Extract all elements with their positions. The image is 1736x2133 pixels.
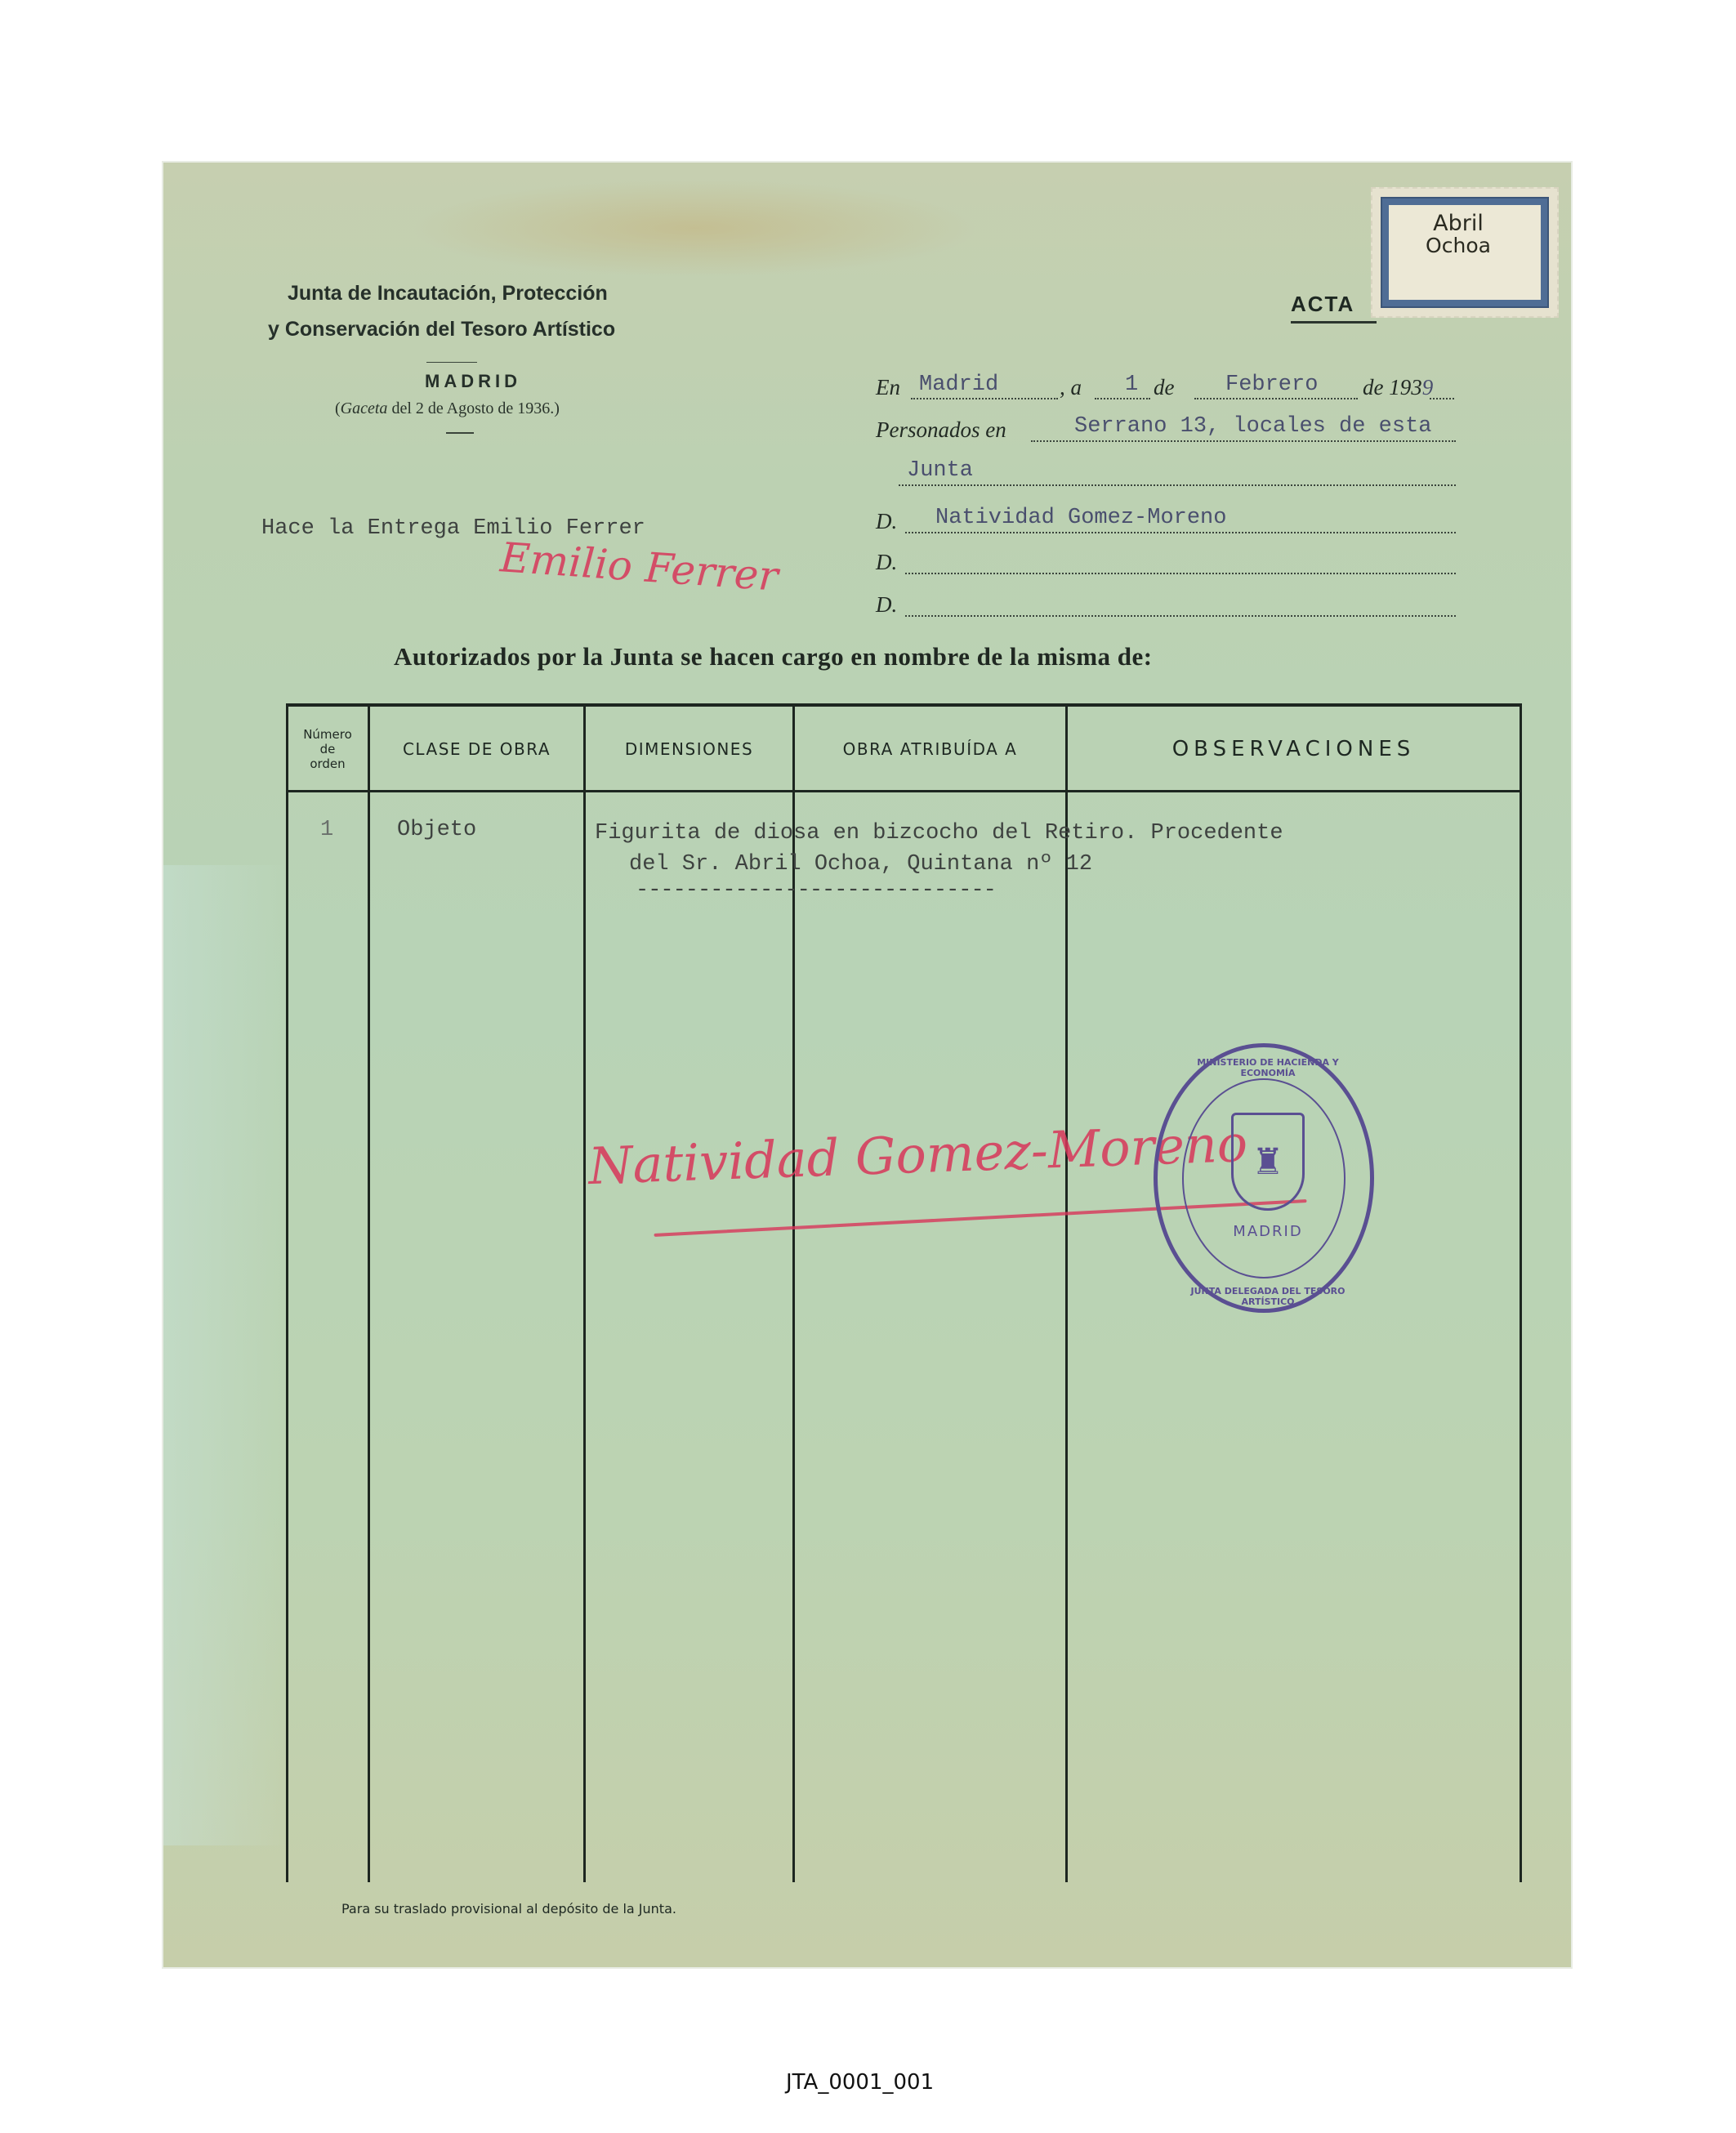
delivery-statement: Hace la Entrega Emilio Ferrer (261, 516, 645, 541)
gaceta-reference: (Gaceta del 2 de Agosto de 1936.) (335, 399, 560, 418)
seal-top-text: MINISTERIO DE HACIENDA Y ECONOMÍA (1174, 1057, 1362, 1078)
row-separator: ----------------------------- (636, 878, 996, 903)
column-divider-4 (1065, 703, 1068, 1882)
document-id-caption: JTA_0001_001 (786, 2070, 934, 2095)
row-description-line2: del Sr. Abril Ochoa, Quintana nº 12 (629, 852, 1092, 877)
month-field-line (1194, 398, 1358, 399)
deliverer-signature: Emilio Ferrer (498, 533, 779, 600)
footer-note: Para su traslado provisional al depósito… (341, 1901, 676, 1917)
table-left-border (286, 703, 288, 1882)
row-clase: Objeto (397, 818, 476, 842)
attendee-line-3 (905, 615, 1456, 617)
table-header-bottom (286, 790, 1521, 792)
personados-line2 (899, 484, 1456, 486)
attendee-name-1: Natividad Gomez-Moreno (935, 506, 1226, 530)
column-header-observaciones: OBSERVACIONES (1068, 708, 1520, 790)
receiver-signature: Natividad Gomez-Moreno (587, 1113, 1248, 1196)
acta-underline (1291, 321, 1377, 324)
attendee-prefix-3: D. (876, 592, 897, 618)
personados-line1 (1031, 440, 1456, 442)
a-label: , a (1060, 375, 1082, 400)
personados-value-line1: Serrano 13, locales de esta (1074, 414, 1431, 439)
day-field-value: 1 (1125, 373, 1138, 397)
city-field-line (911, 398, 1058, 399)
seal-city: MADRID (1215, 1223, 1321, 1240)
column-header-numero: Número de orden (288, 708, 368, 790)
attendee-prefix-2: D. (876, 550, 897, 575)
city-field-value: Madrid (919, 373, 998, 397)
year-field-line (1430, 398, 1454, 399)
coat-of-arms-icon: ♜ (1231, 1113, 1305, 1211)
column-header-atribuida: OBRA ATRIBUÍDA A (795, 708, 1065, 790)
official-seal: ♜ MADRID MINISTERIO DE HACIENDA Y ECONOM… (1154, 1043, 1374, 1313)
attendee-line-1 (905, 532, 1456, 533)
owner-label-line1: Abril (1389, 212, 1528, 235)
column-header-dimensiones: DIMENSIONES (586, 708, 792, 790)
org-name-line1: Junta de Incautación, Protección (288, 282, 608, 306)
table-right-border (1520, 703, 1522, 1882)
owner-label-line2: Ochoa (1389, 235, 1528, 257)
en-label: En (876, 375, 900, 400)
personados-value-line2: Junta (907, 458, 973, 483)
owner-label-text: Abril Ochoa (1389, 212, 1528, 257)
org-name-line2: y Conservación del Tesoro Artístico (268, 318, 615, 341)
column-divider-2 (583, 703, 586, 1882)
month-field-value: Febrero (1225, 373, 1318, 397)
header-divider (426, 362, 477, 363)
day-field-line (1095, 398, 1150, 399)
de-label: de (1154, 375, 1174, 400)
header-city: MADRID (425, 371, 521, 392)
seal-bottom-text: JUNTA DELEGADA DEL TESORO ARTÍSTICO (1174, 1286, 1362, 1307)
column-divider-1 (368, 703, 370, 1882)
header-divider-short (446, 432, 474, 434)
attendee-prefix-1: D. (876, 509, 897, 534)
table-top-border (286, 703, 1521, 707)
row-description-line1: Figurita de diosa en bizcocho del Retiro… (595, 821, 1283, 846)
row-numero: 1 (320, 818, 333, 842)
personados-label: Personados en (876, 417, 1006, 443)
attendee-line-2 (905, 573, 1456, 574)
year-label: de 1939 (1363, 375, 1433, 400)
authorization-heading: Autorizados por la Junta se hacen cargo … (394, 642, 1153, 672)
acta-label: ACTA (1291, 292, 1354, 317)
column-header-clase: CLASE DE OBRA (370, 708, 583, 790)
document-page: Junta de Incautación, Protección y Conse… (162, 161, 1573, 1969)
